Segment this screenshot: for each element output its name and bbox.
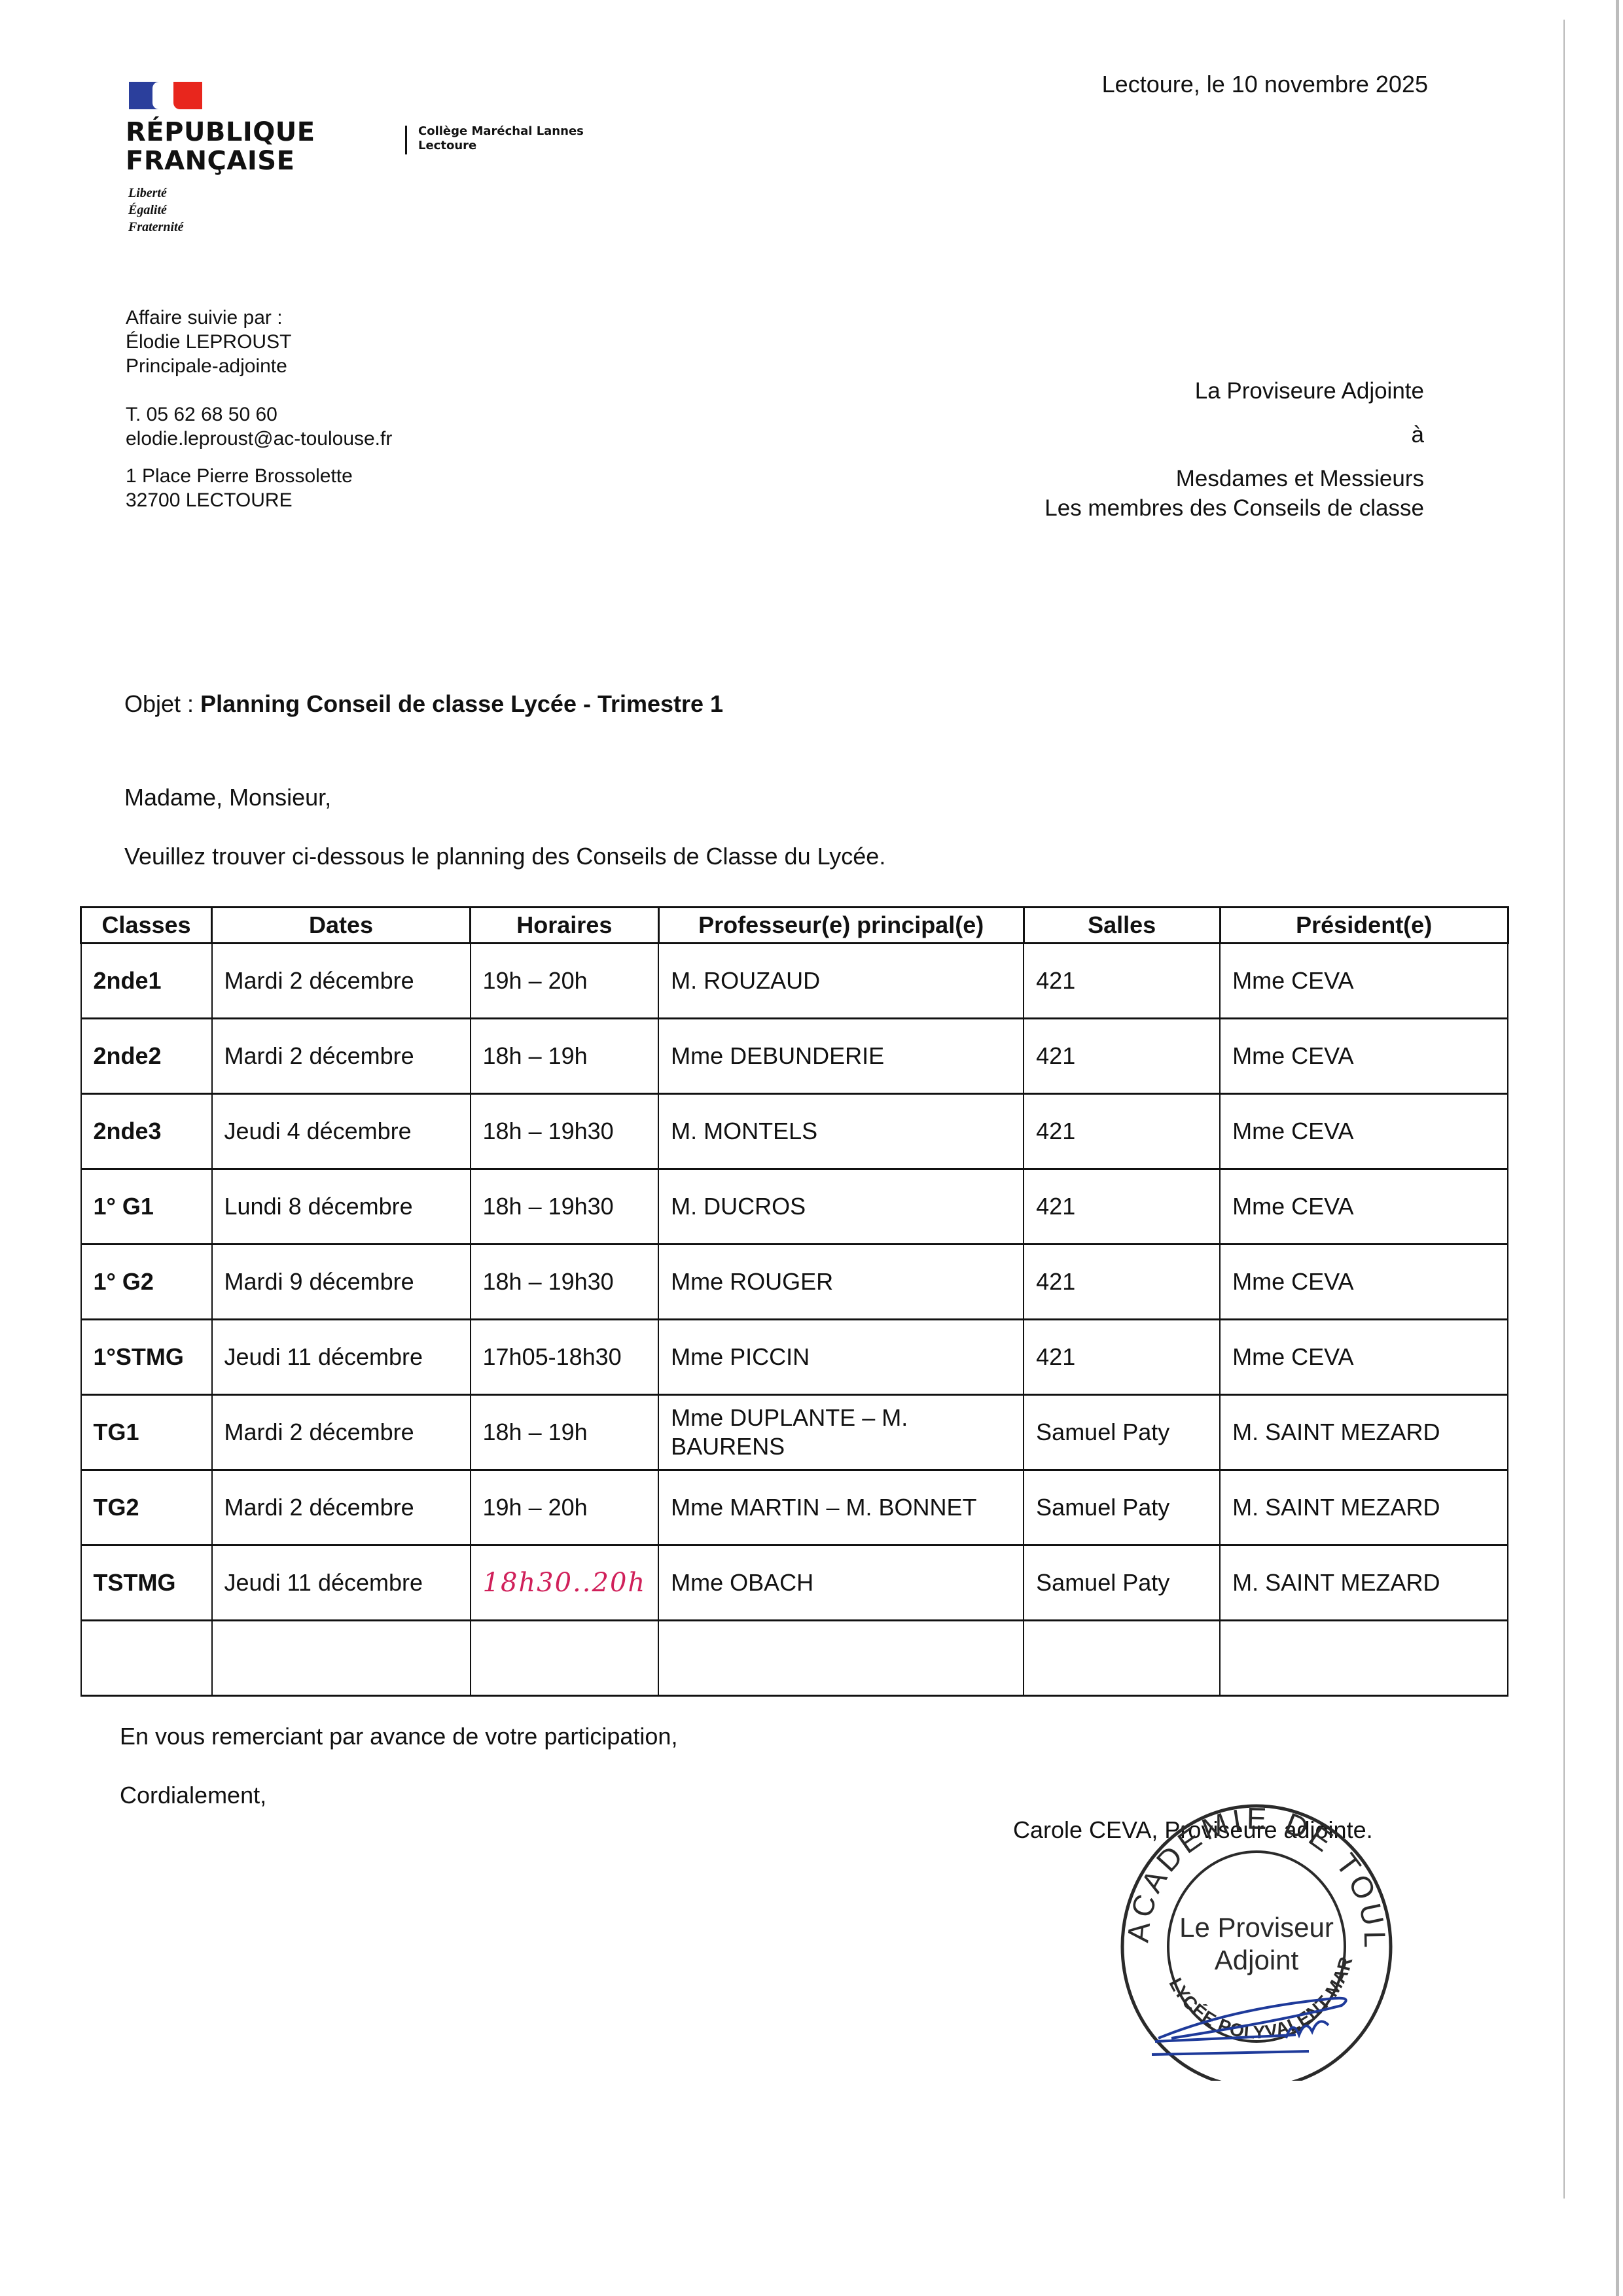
recipient-to: à: [1044, 420, 1424, 450]
cell-salle: [1024, 1621, 1220, 1696]
subject-line: Objet : Planning Conseil de classe Lycée…: [124, 690, 723, 718]
cell-salle: 421: [1024, 1169, 1220, 1245]
table-row: TG1Mardi 2 décembre18h – 19hMme DUPLANTE…: [81, 1395, 1508, 1470]
cell-date: Mardi 9 décembre: [212, 1245, 471, 1320]
header-president: Président(e): [1220, 908, 1508, 944]
official-stamp-icon: ACADÉMIE DE TOULOUSE LYCÉE POLYVALENT MA…: [1113, 1780, 1400, 2081]
cell-president: M. SAINT MEZARD: [1220, 1470, 1508, 1545]
table-row: 1° G2Mardi 9 décembre18h – 19h30Mme ROUG…: [81, 1245, 1508, 1320]
header-dates: Dates: [212, 908, 471, 944]
salutation: Madame, Monsieur,: [124, 784, 331, 811]
contact-address-line2: 32700 LECTOURE: [126, 488, 392, 512]
table-row: [81, 1621, 1508, 1696]
cell-horaire: [471, 1621, 659, 1696]
cell-president: M. SAINT MEZARD: [1220, 1395, 1508, 1470]
cell-horaire: 18h – 19h30: [471, 1094, 659, 1169]
cell-salle: 421: [1024, 1019, 1220, 1094]
cell-salle: Samuel Paty: [1024, 1395, 1220, 1470]
cell-president: Mme CEVA: [1220, 1019, 1508, 1094]
cell-president: [1220, 1621, 1508, 1696]
cell-horaire: 19h – 20h: [471, 1470, 659, 1545]
cell-salle: 421: [1024, 1094, 1220, 1169]
contact-address-line1: 1 Place Pierre Brossolette: [126, 464, 392, 488]
handwritten-time-note: 18h30..20h: [483, 1568, 647, 1598]
cell-date: Mardi 2 décembre: [212, 1019, 471, 1094]
contact-name: Élodie LEPROUST: [126, 330, 392, 354]
cell-professeur: Mme DEBUNDERIE: [658, 1019, 1024, 1094]
institution-line2: Lectoure: [418, 139, 584, 153]
cell-classe: [81, 1621, 212, 1696]
recipient-line2: Les membres des Conseils de classe: [1044, 493, 1424, 523]
cell-horaire: 18h – 19h30: [471, 1245, 659, 1320]
recipient-line1: Mesdames et Messieurs: [1044, 464, 1424, 493]
cell-date: [212, 1621, 471, 1696]
cell-president: Mme CEVA: [1220, 1094, 1508, 1169]
cell-date: Mardi 2 décembre: [212, 1470, 471, 1545]
cell-classe: 2nde2: [81, 1019, 212, 1094]
cell-classe: 2nde1: [81, 944, 212, 1019]
table-row: 2nde2Mardi 2 décembre18h – 19hMme DEBUND…: [81, 1019, 1508, 1094]
motto-fraternite: Fraternité: [128, 219, 183, 236]
cell-date: Mardi 2 décembre: [212, 944, 471, 1019]
table-row: TSTMGJeudi 11 décembre18h30..20hMme OBAC…: [81, 1545, 1508, 1621]
cell-classe: TG1: [81, 1395, 212, 1470]
cell-classe: 1°STMG: [81, 1320, 212, 1395]
recipient-block: La Proviseure Adjointe à Mesdames et Mes…: [1044, 376, 1424, 523]
cell-date: Jeudi 4 décembre: [212, 1094, 471, 1169]
closing-thanks: En vous remerciant par avance de votre p…: [120, 1723, 677, 1750]
table-row: 2nde3Jeudi 4 décembre18h – 19h30M. MONTE…: [81, 1094, 1508, 1169]
scan-edge-line: [1563, 20, 1565, 2199]
institution-line1: Collège Maréchal Lannes: [418, 124, 584, 139]
cell-president: Mme CEVA: [1220, 944, 1508, 1019]
scan-edge-border: [1616, 0, 1619, 2296]
subject-label: Objet :: [124, 690, 194, 717]
cell-horaire: 19h – 20h: [471, 944, 659, 1019]
cell-professeur: M. DUCROS: [658, 1169, 1024, 1245]
cell-date: Jeudi 11 décembre: [212, 1320, 471, 1395]
marianne-flag-icon: [129, 82, 204, 109]
cell-salle: 421: [1024, 944, 1220, 1019]
contact-role: Principale-adjointe: [126, 354, 392, 378]
header-horaires: Horaires: [471, 908, 659, 944]
cell-horaire: 18h – 19h30: [471, 1169, 659, 1245]
contact-label: Affaire suivie par :: [126, 306, 392, 330]
intro-paragraph: Veuillez trouver ci-dessous le planning …: [124, 843, 885, 870]
sender-title: La Proviseure Adjointe: [1044, 376, 1424, 406]
schedule-table: Classes Dates Horaires Professeur(e) pri…: [80, 906, 1509, 1697]
cell-salle: 421: [1024, 1320, 1220, 1395]
republic-line1: RÉPUBLIQUE: [126, 118, 315, 147]
motto-egalite: Égalité: [128, 202, 183, 219]
closing-regards: Cordialement,: [120, 1782, 266, 1809]
cell-classe: 1° G2: [81, 1245, 212, 1320]
republic-line2: FRANÇAISE: [126, 147, 315, 175]
cell-date: Mardi 2 décembre: [212, 1395, 471, 1470]
header-classes: Classes: [81, 908, 212, 944]
table-row: 2nde1Mardi 2 décembre19h – 20hM. ROUZAUD…: [81, 944, 1508, 1019]
cell-president: M. SAINT MEZARD: [1220, 1545, 1508, 1621]
table-header-row: Classes Dates Horaires Professeur(e) pri…: [81, 908, 1508, 944]
letterhead-separator: [405, 126, 407, 154]
motto-liberte: Liberté: [128, 185, 183, 202]
cell-horaire: 18h – 19h: [471, 1395, 659, 1470]
cell-date: Jeudi 11 décembre: [212, 1545, 471, 1621]
stamp-center-line1: Le Proviseur: [1179, 1912, 1334, 1943]
cell-professeur: Mme MARTIN – M. BONNET: [658, 1470, 1024, 1545]
place-date: Lectoure, le 10 novembre 2025: [1102, 71, 1428, 98]
cell-classe: TG2: [81, 1470, 212, 1545]
cell-classe: TSTMG: [81, 1545, 212, 1621]
cell-salle: Samuel Paty: [1024, 1545, 1220, 1621]
cell-classe: 2nde3: [81, 1094, 212, 1169]
header-salles: Salles: [1024, 908, 1220, 944]
republique-francaise-logo: RÉPUBLIQUE FRANÇAISE: [126, 118, 315, 175]
cell-president: Mme CEVA: [1220, 1245, 1508, 1320]
table-row: 1°STMGJeudi 11 décembre17h05-18h30Mme PI…: [81, 1320, 1508, 1395]
motto: Liberté Égalité Fraternité: [128, 185, 183, 236]
contact-block: Affaire suivie par : Élodie LEPROUST Pri…: [126, 306, 392, 512]
institution-name: Collège Maréchal Lannes Lectoure: [418, 124, 584, 153]
cell-horaire: 18h – 19h: [471, 1019, 659, 1094]
cell-salle: Samuel Paty: [1024, 1470, 1220, 1545]
contact-phone: T. 05 62 68 50 60: [126, 402, 392, 427]
header-professeur: Professeur(e) principal(e): [658, 908, 1024, 944]
cell-president: Mme CEVA: [1220, 1169, 1508, 1245]
cell-professeur: Mme OBACH: [658, 1545, 1024, 1621]
cell-professeur: Mme ROUGER: [658, 1245, 1024, 1320]
stamp-center-line2: Adjoint: [1215, 1945, 1299, 1975]
cell-classe: 1° G1: [81, 1169, 212, 1245]
cell-professeur: Mme PICCIN: [658, 1320, 1024, 1395]
cell-professeur: M. MONTELS: [658, 1094, 1024, 1169]
cell-professeur: M. ROUZAUD: [658, 944, 1024, 1019]
cell-horaire: 17h05-18h30: [471, 1320, 659, 1395]
contact-email[interactable]: elodie.leproust@ac-toulouse.fr: [126, 427, 392, 451]
table-row: 1° G1Lundi 8 décembre18h – 19h30M. DUCRO…: [81, 1169, 1508, 1245]
cell-professeur: Mme DUPLANTE – M. BAURENS: [658, 1395, 1024, 1470]
cell-professeur: [658, 1621, 1024, 1696]
subject-text: Planning Conseil de classe Lycée - Trime…: [200, 690, 723, 717]
cell-date: Lundi 8 décembre: [212, 1169, 471, 1245]
table-row: TG2Mardi 2 décembre19h – 20hMme MARTIN –…: [81, 1470, 1508, 1545]
cell-salle: 421: [1024, 1245, 1220, 1320]
cell-president: Mme CEVA: [1220, 1320, 1508, 1395]
cell-horaire: 18h30..20h: [471, 1545, 659, 1621]
